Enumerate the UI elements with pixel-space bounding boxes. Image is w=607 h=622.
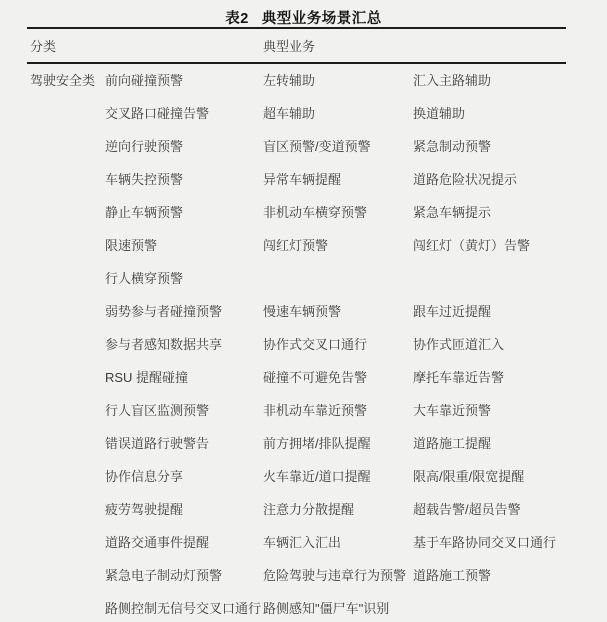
business-cell: 协作信息分享 bbox=[105, 469, 263, 493]
business-cell bbox=[263, 271, 413, 295]
business-cell: 危险驾驶与违章行为预警 bbox=[263, 568, 413, 592]
business-cell: RSU 提醒碰撞 bbox=[105, 370, 263, 394]
business-cell: 紧急制动预警 bbox=[413, 139, 566, 163]
business-cell: 汇入主路辅助 bbox=[413, 73, 566, 97]
table-row: RSU 提醒碰撞碰撞不可避免告警摩托车靠近告警 bbox=[27, 361, 566, 394]
table-row: 车辆失控预警异常车辆提醒道路危险状况提示 bbox=[27, 163, 566, 196]
business-cell: 慢速车辆预警 bbox=[263, 304, 413, 328]
table-body: 驾驶安全类前向碰撞预警左转辅助汇入主路辅助交叉路口碰撞告警超车辅助换道辅助逆向行… bbox=[27, 64, 566, 622]
business-cell: 摩托车靠近告警 bbox=[413, 370, 566, 394]
business-cell: 换道辅助 bbox=[413, 106, 566, 130]
table-row: 限速预警闯红灯预警闯红灯（黄灯）告警 bbox=[27, 229, 566, 262]
business-cell: 基于车路协同交叉口通行 bbox=[413, 535, 566, 559]
category-cell bbox=[30, 601, 105, 622]
table-row: 协作信息分享火车靠近/道口提醒限高/限重/限宽提醒 bbox=[27, 460, 566, 493]
category-cell bbox=[30, 172, 105, 196]
document-page: 表2典型业务场景汇总 分类 典型业务 驾驶安全类前向碰撞预警左转辅助汇入主路辅助… bbox=[0, 0, 607, 622]
table-row: 行人盲区监测预警非机动车靠近预警大车靠近预警 bbox=[27, 394, 566, 427]
table-row: 弱势参与者碰撞预警慢速车辆预警跟车过近提醒 bbox=[27, 295, 566, 328]
business-cell: 道路施工预警 bbox=[413, 568, 566, 592]
table-row: 逆向行驶预警盲区预警/变道预警紧急制动预警 bbox=[27, 130, 566, 163]
business-cell: 超载告警/超员告警 bbox=[413, 502, 566, 526]
table-caption: 表2典型业务场景汇总 bbox=[0, 7, 607, 28]
business-cell: 弱势参与者碰撞预警 bbox=[105, 304, 263, 328]
business-cell: 车辆汇入汇出 bbox=[263, 535, 413, 559]
business-cell: 行人横穿预警 bbox=[105, 271, 263, 295]
business-cell: 道路施工提醒 bbox=[413, 436, 566, 460]
business-cell: 协作式交叉口通行 bbox=[263, 337, 413, 361]
business-cell: 行人盲区监测预警 bbox=[105, 403, 263, 427]
category-cell bbox=[30, 304, 105, 328]
table-row: 行人横穿预警 bbox=[27, 262, 566, 295]
business-cell bbox=[413, 601, 566, 622]
business-cell: 静止车辆预警 bbox=[105, 205, 263, 229]
business-cell: 路侧感知"僵尸车"识别 bbox=[263, 601, 413, 622]
business-cell: 道路危险状况提示 bbox=[413, 172, 566, 196]
category-cell bbox=[30, 106, 105, 130]
table-header-row: 分类 典型业务 bbox=[27, 29, 566, 62]
table-row: 驾驶安全类前向碰撞预警左转辅助汇入主路辅助 bbox=[27, 64, 566, 97]
business-cell: 紧急电子制动灯预警 bbox=[105, 568, 263, 592]
business-cell: 非机动车横穿预警 bbox=[263, 205, 413, 229]
business-cell: 火车靠近/道口提醒 bbox=[263, 469, 413, 493]
business-cell: 路侧控制无信号交叉口通行 bbox=[105, 601, 263, 622]
business-cell: 非机动车靠近预警 bbox=[263, 403, 413, 427]
category-cell bbox=[30, 436, 105, 460]
business-cell: 错误道路行驶警告 bbox=[105, 436, 263, 460]
category-cell bbox=[30, 238, 105, 262]
table-row: 路侧控制无信号交叉口通行路侧感知"僵尸车"识别 bbox=[27, 592, 566, 622]
business-cell: 限高/限重/限宽提醒 bbox=[413, 469, 566, 493]
business-cell: 协作式匝道汇入 bbox=[413, 337, 566, 361]
category-cell bbox=[30, 469, 105, 493]
business-cell bbox=[413, 271, 566, 295]
summary-table: 分类 典型业务 驾驶安全类前向碰撞预警左转辅助汇入主路辅助交叉路口碰撞告警超车辅… bbox=[27, 27, 566, 622]
category-cell bbox=[30, 568, 105, 592]
business-cell: 碰撞不可避免告警 bbox=[263, 370, 413, 394]
business-cell: 盲区预警/变道预警 bbox=[263, 139, 413, 163]
table-row: 道路交通事件提醒车辆汇入汇出基于车路协同交叉口通行 bbox=[27, 526, 566, 559]
business-cell: 左转辅助 bbox=[263, 73, 413, 97]
business-cell: 前向碰撞预警 bbox=[105, 73, 263, 97]
category-cell bbox=[30, 370, 105, 394]
category-cell bbox=[30, 502, 105, 526]
header-category: 分类 bbox=[30, 39, 263, 62]
table-row: 紧急电子制动灯预警危险驾驶与违章行为预警道路施工预警 bbox=[27, 559, 566, 592]
table-row: 交叉路口碰撞告警超车辅助换道辅助 bbox=[27, 97, 566, 130]
table-title: 典型业务场景汇总 bbox=[262, 11, 382, 27]
business-cell: 逆向行驶预警 bbox=[105, 139, 263, 163]
business-cell: 疲劳驾驶提醒 bbox=[105, 502, 263, 526]
business-cell: 跟车过近提醒 bbox=[413, 304, 566, 328]
business-cell: 超车辅助 bbox=[263, 106, 413, 130]
table-row: 参与者感知数据共享协作式交叉口通行协作式匝道汇入 bbox=[27, 328, 566, 361]
table-row: 静止车辆预警非机动车横穿预警紧急车辆提示 bbox=[27, 196, 566, 229]
category-cell bbox=[30, 535, 105, 559]
business-cell: 交叉路口碰撞告警 bbox=[105, 106, 263, 130]
business-cell: 异常车辆提醒 bbox=[263, 172, 413, 196]
business-cell: 大车靠近预警 bbox=[413, 403, 566, 427]
table-number: 表2 bbox=[225, 11, 249, 27]
business-cell: 参与者感知数据共享 bbox=[105, 337, 263, 361]
business-cell: 道路交通事件提醒 bbox=[105, 535, 263, 559]
category-cell bbox=[30, 403, 105, 427]
category-cell: 驾驶安全类 bbox=[30, 73, 105, 97]
category-cell bbox=[30, 205, 105, 229]
business-cell: 紧急车辆提示 bbox=[413, 205, 566, 229]
category-cell bbox=[30, 139, 105, 163]
table-row: 错误道路行驶警告前方拥堵/排队提醒道路施工提醒 bbox=[27, 427, 566, 460]
table-row: 疲劳驾驶提醒注意力分散提醒超载告警/超员告警 bbox=[27, 493, 566, 526]
business-cell: 注意力分散提醒 bbox=[263, 502, 413, 526]
business-cell: 车辆失控预警 bbox=[105, 172, 263, 196]
business-cell: 闯红灯预警 bbox=[263, 238, 413, 262]
business-cell: 前方拥堵/排队提醒 bbox=[263, 436, 413, 460]
business-cell: 限速预警 bbox=[105, 238, 263, 262]
business-cell: 闯红灯（黄灯）告警 bbox=[413, 238, 566, 262]
category-cell bbox=[30, 271, 105, 295]
category-cell bbox=[30, 337, 105, 361]
header-business: 典型业务 bbox=[263, 39, 566, 62]
